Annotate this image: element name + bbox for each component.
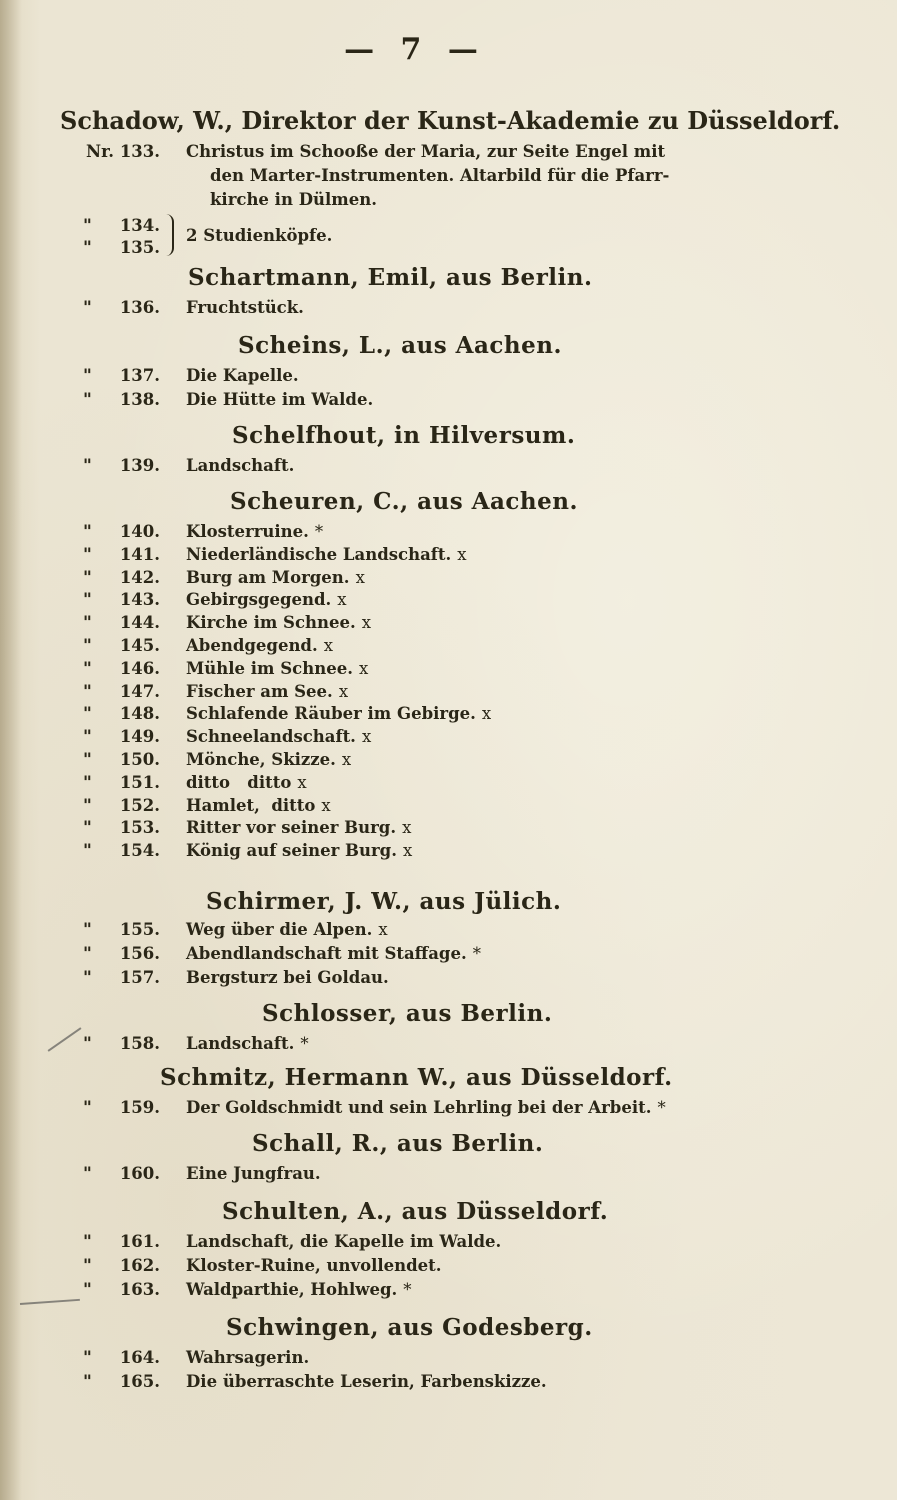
entry-mark: x — [482, 704, 491, 723]
entry-number: 142. — [100, 568, 160, 587]
entry-title: Hamlet, ditto — [186, 796, 315, 815]
entry-number: 145. — [100, 636, 160, 655]
entry-mark: x — [403, 841, 412, 860]
ditto-mark: " — [83, 682, 92, 702]
entry-number: 143. — [100, 590, 160, 609]
entry-number: 146. — [100, 659, 160, 678]
ditto-mark: " — [83, 796, 92, 816]
artist-heading: Schirmer, J. W., aus Jülich. — [206, 888, 561, 915]
entry-number: 147. — [100, 682, 160, 701]
entry-mark: * — [473, 944, 481, 963]
entry-title: Gebirgsgegend. — [186, 590, 331, 609]
entry-title: Abendgegend. — [186, 636, 318, 655]
entry-title: Niederländische Landschaft. — [186, 545, 451, 564]
entry-title: Fischer am See. — [186, 682, 333, 701]
entry-number: 154. — [100, 841, 160, 860]
ditto-mark: " — [83, 1256, 92, 1276]
entry-number: 135. — [100, 238, 160, 257]
entry-title: Schlafende Räuber im Gebirge. — [186, 704, 476, 723]
entry-title: Burg am Morgen. — [186, 568, 350, 587]
entry-mark: x — [457, 545, 466, 564]
entry-mark: x — [339, 682, 348, 701]
ditto-mark: " — [83, 456, 92, 476]
bracket-brace — [164, 214, 174, 256]
ditto-mark: " — [83, 968, 92, 988]
artist-heading: Schulten, A., aus Düsseldorf. — [222, 1198, 608, 1225]
entry-title: Bergsturz bei Goldau. — [186, 968, 389, 987]
entry-number: 161. — [100, 1232, 160, 1251]
catalog-page: — 7 — Schadow, W., Direktor der Kunst-Ak… — [0, 0, 897, 1500]
ditto-mark: " — [83, 818, 92, 838]
entry-mark: x — [402, 818, 411, 837]
entry-number: 140. — [100, 522, 160, 541]
entry-number: 151. — [100, 773, 160, 792]
entry-mark: * — [300, 1034, 308, 1053]
entry-mark: * — [315, 522, 323, 541]
entry-title: Die Hütte im Walde. — [186, 390, 373, 409]
entry-number: 137. — [100, 366, 160, 385]
entry-title: König auf seiner Burg. — [186, 841, 397, 860]
ditto-mark: " — [83, 1164, 92, 1184]
entry-number: 163. — [100, 1280, 160, 1299]
entry-title: Fruchtstück. — [186, 298, 304, 317]
entry-title: Waldparthie, Hohlweg. — [186, 1280, 397, 1299]
entry-title: ditto ditto — [186, 773, 291, 792]
entry-number: 149. — [100, 727, 160, 746]
artist-heading: Schall, R., aus Berlin. — [252, 1130, 543, 1157]
ditto-mark: " — [83, 522, 92, 542]
entry-number: 158. — [100, 1034, 160, 1053]
ditto-mark: " — [83, 1372, 92, 1392]
entry-continuation: kirche in Dülmen. — [210, 190, 377, 209]
entry-number: 138. — [100, 390, 160, 409]
entry-title: Christus im Schooße der Maria, zur Seite… — [186, 142, 665, 161]
entry-number: 159. — [100, 1098, 160, 1117]
page-number: — 7 — — [0, 32, 830, 67]
entry-title: Landschaft. — [186, 1034, 294, 1053]
entry-continuation: den Marter-Instrumenten. Altarbild für d… — [210, 166, 669, 185]
entry-number: 156. — [100, 944, 160, 963]
entry-number: 160. — [100, 1164, 160, 1183]
ditto-mark: " — [83, 590, 92, 610]
ditto-mark: " — [83, 659, 92, 679]
artist-heading: Scheins, L., aus Aachen. — [238, 332, 562, 359]
ditto-mark: " — [83, 944, 92, 964]
entry-title: Kirche im Schnee. — [186, 613, 356, 632]
ditto-mark: " — [83, 1098, 92, 1118]
entry-mark: x — [362, 727, 371, 746]
entry-mark: x — [297, 773, 306, 792]
entry-title: Kloster-Ruine, unvollendet. — [186, 1256, 442, 1275]
entry-number: 157. — [100, 968, 160, 987]
ditto-mark: " — [83, 298, 92, 318]
ditto-mark: " — [83, 366, 92, 386]
entry-mark: x — [321, 796, 330, 815]
ditto-mark: " — [83, 920, 92, 940]
entry-mark: x — [359, 659, 368, 678]
artist-heading: Schmitz, Hermann W., aus Düsseldorf. — [160, 1064, 673, 1091]
entry-title: Abendlandschaft mit Staffage. — [186, 944, 467, 963]
ditto-mark: " — [83, 636, 92, 656]
artist-heading: Schelfhout, in Hilversum. — [232, 422, 575, 449]
entry-number: 155. — [100, 920, 160, 939]
ditto-mark: " — [83, 1348, 92, 1368]
entry-title: Eine Jungfrau. — [186, 1164, 321, 1183]
book-gutter-shadow — [0, 0, 22, 1500]
entry-mark: x — [337, 590, 346, 609]
entry-number: 134. — [100, 216, 160, 235]
ditto-mark: " — [83, 750, 92, 770]
ditto-mark: " — [83, 238, 92, 258]
pencil-mark — [48, 1027, 82, 1051]
entry-number: 144. — [100, 613, 160, 632]
entry-number: Nr. 133. — [64, 142, 160, 161]
entry-title: 2 Studienköpfe. — [186, 226, 332, 245]
entry-mark: x — [342, 750, 351, 769]
entry-title: Landschaft. — [186, 456, 294, 475]
entry-number: 152. — [100, 796, 160, 815]
entry-mark: x — [378, 920, 387, 939]
artist-heading: Scheuren, C., aus Aachen. — [230, 488, 578, 515]
entry-mark: x — [324, 636, 333, 655]
pencil-mark — [20, 1299, 80, 1305]
entry-number: 165. — [100, 1372, 160, 1391]
ditto-mark: " — [83, 613, 92, 633]
ditto-mark: " — [83, 841, 92, 861]
ditto-mark: " — [83, 1232, 92, 1252]
entry-title: Landschaft, die Kapelle im Walde. — [186, 1232, 501, 1251]
entry-title: Der Goldschmidt und sein Lehrling bei de… — [186, 1098, 651, 1117]
artist-heading: Schadow, W., Direktor der Kunst-Akademie… — [60, 106, 840, 135]
ditto-mark: " — [83, 1034, 92, 1054]
entry-number: 136. — [100, 298, 160, 317]
entry-mark: * — [403, 1280, 411, 1299]
ditto-mark: " — [83, 390, 92, 410]
ditto-mark: " — [83, 727, 92, 747]
entry-title: Ritter vor seiner Burg. — [186, 818, 396, 837]
ditto-mark: " — [83, 704, 92, 724]
entry-title: Die überraschte Leserin, Farbenskizze. — [186, 1372, 547, 1391]
ditto-mark: " — [83, 568, 92, 588]
ditto-mark: " — [83, 545, 92, 565]
entry-title: Klosterruine. — [186, 522, 309, 541]
artist-heading: Schartmann, Emil, aus Berlin. — [188, 264, 593, 291]
entry-number: 141. — [100, 545, 160, 564]
ditto-mark: " — [83, 1280, 92, 1300]
entry-number: 162. — [100, 1256, 160, 1275]
entry-number: 153. — [100, 818, 160, 837]
entry-title: Schneelandschaft. — [186, 727, 356, 746]
entry-number: 148. — [100, 704, 160, 723]
entry-mark: * — [657, 1098, 665, 1117]
entry-number: 139. — [100, 456, 160, 475]
entry-mark: x — [362, 613, 371, 632]
ditto-mark: " — [83, 216, 92, 236]
entry-title: Mühle im Schnee. — [186, 659, 353, 678]
entry-title: Wahrsagerin. — [186, 1348, 309, 1367]
entry-title: Die Kapelle. — [186, 366, 299, 385]
entry-mark: x — [356, 568, 365, 587]
artist-heading: Schwingen, aus Godesberg. — [226, 1314, 593, 1341]
entry-number: 150. — [100, 750, 160, 769]
artist-heading: Schlosser, aus Berlin. — [262, 1000, 552, 1027]
entry-number: 164. — [100, 1348, 160, 1367]
ditto-mark: " — [83, 773, 92, 793]
entry-title: Weg über die Alpen. — [186, 920, 372, 939]
entry-title: Mönche, Skizze. — [186, 750, 336, 769]
